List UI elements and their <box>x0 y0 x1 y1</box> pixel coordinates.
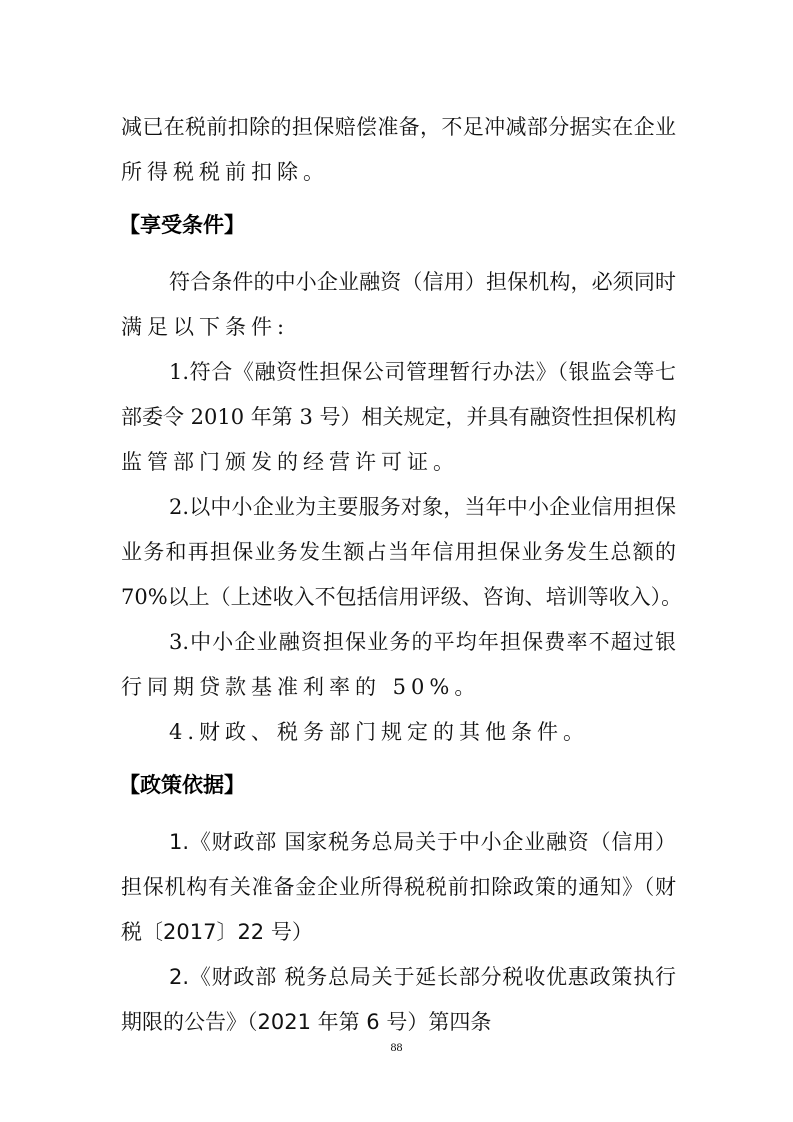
paragraph-line: 4.财政、税务部门规定的其他条件。 <box>121 710 676 755</box>
document-page: 减已在税前扣除的担保赔偿准备，不足冲减部分据实在企业 所得税税前扣除。 【享受条… <box>121 105 676 1045</box>
paragraph-line: 2.《财政部 税务总局关于延长部分税收优惠政策执行 <box>121 955 676 1000</box>
basis-item-2: 2.《财政部 税务总局关于延长部分税收优惠政策执行 期限的公告》（2021 年第… <box>121 955 676 1045</box>
paragraph-line: 担保机构有关准备金企业所得税税前扣除政策的通知》（财 <box>121 865 676 910</box>
paragraph-line: 税〔2017〕22 号） <box>121 910 676 955</box>
paragraph-line: 1.符合《融资性担保公司管理暂行办法》（银监会等七 <box>121 350 676 395</box>
page-number: 88 <box>0 1040 793 1055</box>
paragraph-line: 3.中小企业融资担保业务的平均年担保费率不超过银 <box>121 620 676 665</box>
condition-item-2: 2.以中小企业为主要服务对象，当年中小企业信用担保 业务和再担保业务发生额占当年… <box>121 485 676 620</box>
paragraph-line: 符合条件的中小企业融资（信用）担保机构，必须同时 <box>121 260 676 305</box>
condition-item-1: 1.符合《融资性担保公司管理暂行办法》（银监会等七 部委令 2010 年第 3 … <box>121 350 676 485</box>
paragraph-line: 行同期贷款基准利率的 50%。 <box>121 665 676 710</box>
paragraph-line: 1.《财政部 国家税务总局关于中小企业融资（信用） <box>121 820 676 865</box>
condition-item-4: 4.财政、税务部门规定的其他条件。 <box>121 710 676 755</box>
paragraph-line: 监管部门颁发的经营许可证。 <box>121 440 676 485</box>
paragraph-line: 减已在税前扣除的担保赔偿准备，不足冲减部分据实在企业 <box>121 105 676 150</box>
paragraph-line: 满足以下条件: <box>121 305 676 350</box>
paragraph-line: 期限的公告》（2021 年第 6 号）第四条 <box>121 1000 676 1045</box>
paragraph-line: 2.以中小企业为主要服务对象，当年中小企业信用担保 <box>121 485 676 530</box>
condition-item-3: 3.中小企业融资担保业务的平均年担保费率不超过银 行同期贷款基准利率的 50%。 <box>121 620 676 710</box>
section-heading-conditions: 【享受条件】 <box>119 203 676 248</box>
intro-paragraph: 减已在税前扣除的担保赔偿准备，不足冲减部分据实在企业 所得税税前扣除。 <box>121 105 676 195</box>
paragraph-line: 70%以上（上述收入不包括信用评级、咨询、培训等收入）。 <box>121 575 676 620</box>
paragraph-line: 业务和再担保业务发生额占当年信用担保业务发生总额的 <box>121 530 676 575</box>
basis-item-1: 1.《财政部 国家税务总局关于中小企业融资（信用） 担保机构有关准备金企业所得税… <box>121 820 676 955</box>
section-heading-basis: 【政策依据】 <box>119 763 676 808</box>
paragraph-line: 所得税税前扣除。 <box>121 150 676 195</box>
paragraph-line: 部委令 2010 年第 3 号）相关规定，并具有融资性担保机构 <box>121 395 676 440</box>
conditions-intro-paragraph: 符合条件的中小企业融资（信用）担保机构，必须同时 满足以下条件: <box>121 260 676 350</box>
